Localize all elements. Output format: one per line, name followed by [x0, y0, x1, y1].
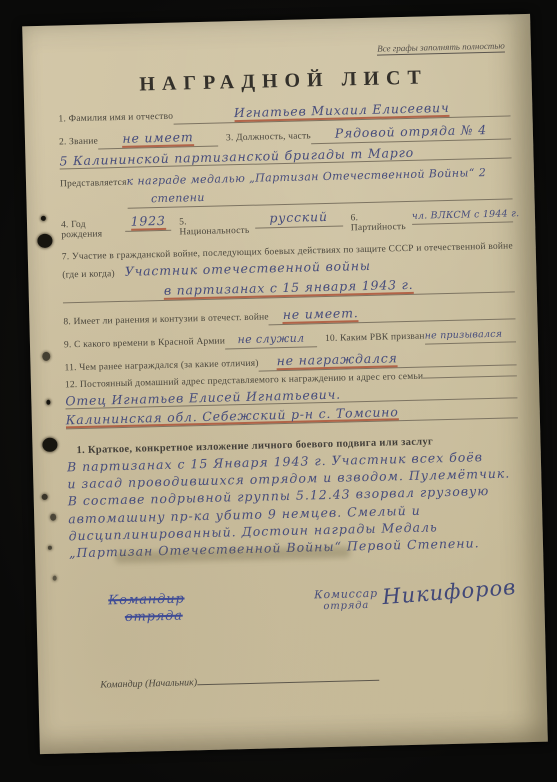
fill-all-fields-note: Все графы заполнять полностью	[57, 41, 505, 62]
commissar-role-label: Комиссар отряда	[314, 587, 378, 614]
rank-label: 2. Звание	[59, 136, 98, 147]
presented-value: к награде медалью „Партизан Отечественно…	[126, 166, 486, 188]
commissar-signature: Комиссар отряда Никифоров	[314, 583, 517, 613]
ink-blot	[42, 352, 50, 361]
commissar-signature-name: Никифоров	[381, 576, 517, 609]
father-name-value: Отец Игнатьев Елисей Игнатьевич.	[65, 387, 341, 407]
field-birth-nationality-party: 4. Год рождения 1923 5. Национальность р…	[61, 203, 514, 240]
presented-label: Представляется	[60, 178, 127, 190]
rvk-label: 10. Каким РВК призван	[325, 331, 425, 343]
ink-blot	[50, 514, 56, 521]
army-since-label: 9. С какого времени в Красной Армии	[64, 336, 225, 350]
prior-awards-label: 11. Чем ранее награждался (за какие отли…	[64, 358, 258, 373]
position-label: 3. Должность, часть	[226, 131, 311, 143]
nationality-label: 5. Национальность	[179, 215, 255, 237]
field-presented: Представляется к награде медалью „Партиз…	[60, 162, 513, 210]
award-sheet-page: Все графы заполнять полностью НАГРАДНОЙ …	[22, 14, 548, 754]
page-title: НАГРАДНОЙ ЛИСТ	[57, 64, 509, 98]
full-name-value: Игнатьев Михаил Елисеевич	[234, 100, 450, 122]
crossed-out-commander-role: Командир отряда	[108, 591, 185, 627]
merit-description: В партизанах с 15 Января 1943 г. Участни…	[67, 449, 521, 560]
signature-block: Командир отряда Комиссар отряда Никифоро…	[70, 583, 523, 628]
punch-hole	[37, 234, 52, 248]
rank-value: не имеет	[122, 129, 193, 148]
ink-blot	[46, 400, 50, 405]
wounds-value: не имеет.	[283, 305, 359, 324]
signature-blank-line	[197, 670, 379, 685]
commander-label: Командир (Начальник)	[100, 677, 197, 690]
partisan-since-value: в партизанах с 15 января 1943 г.	[164, 277, 414, 300]
birth-year-value: 1923	[131, 213, 166, 231]
ink-blot	[53, 576, 57, 581]
commander-signature-line: Командир (Начальник)	[100, 670, 379, 691]
army-since-value: не служил	[237, 331, 304, 346]
position-value: Рядовой отряда № 4	[335, 122, 487, 141]
party-label: 6. Партийность	[350, 212, 412, 233]
ink-blot	[42, 494, 48, 500]
birth-year-label: 4. Год рождения	[61, 219, 126, 241]
ink-blot	[41, 216, 46, 221]
wounds-label: 8. Имеет ли ранения и контузии в отечест…	[63, 312, 269, 327]
party-value: чл. ВЛКСМ с 1944 г.	[412, 208, 520, 222]
nationality-value: русский	[269, 209, 328, 225]
ink-blot	[48, 546, 52, 550]
address-value: Калининская обл. Себежский р-н с. Томсин…	[66, 405, 399, 429]
punch-hole	[42, 438, 57, 452]
prior-awards-value: не награждался	[276, 350, 397, 370]
war-participation-value: Участник отечественной войны	[125, 258, 371, 279]
presented-degree: степени	[151, 191, 205, 205]
full-name-label: 1. Фамилия имя и отчество	[58, 112, 173, 125]
rvk-value: не призывался	[424, 328, 502, 341]
